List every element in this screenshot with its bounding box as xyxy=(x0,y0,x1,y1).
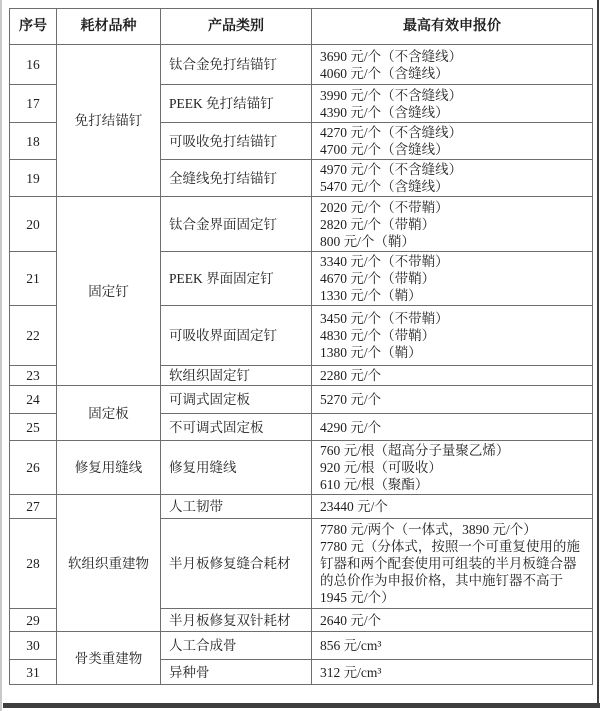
table-row-26: 26修复用缝线修复用缝线760 元/根（超高分子量聚乙烯）920 元/根（可吸收… xyxy=(10,441,593,495)
cell-serial-number: 20 xyxy=(10,197,57,252)
price-line: 2640 元/个 xyxy=(320,612,587,629)
cell-max-declared-price: 4290 元/个 xyxy=(312,414,593,441)
price-line: 5270 元/个 xyxy=(320,391,587,408)
page-left-edge xyxy=(0,0,2,711)
cell-serial-number: 24 xyxy=(10,386,57,414)
cell-max-declared-price: 23440 元/个 xyxy=(312,495,593,519)
cell-max-declared-price: 3990 元/个（不含缝线）4390 元/个（含缝线） xyxy=(312,85,593,123)
cell-product-type: 可调式固定板 xyxy=(161,386,312,414)
cell-product-type: 钛合金免打结锚钉 xyxy=(161,45,312,85)
cell-product-type: 可吸收免打结锚钉 xyxy=(161,123,312,160)
price-line: 4830 元/个（带鞘） xyxy=(320,327,587,344)
cell-product-type: 不可调式固定板 xyxy=(161,414,312,441)
cell-product-type: PEEK 免打结锚钉 xyxy=(161,85,312,123)
price-line: 610 元/根（聚酯） xyxy=(320,476,587,493)
cell-max-declared-price: 4270 元/个（不含缝线）4700 元/个（含缝线） xyxy=(312,123,593,160)
cell-product-type: 人工韧带 xyxy=(161,495,312,519)
column-header-3: 产品类别 xyxy=(161,9,312,45)
cell-serial-number: 31 xyxy=(10,660,57,685)
price-line: 4390 元/个（含缝线） xyxy=(320,104,587,121)
column-header-2: 耗材品种 xyxy=(57,9,161,45)
price-line: 4270 元/个（不含缝线） xyxy=(320,124,587,141)
cell-max-declared-price: 3340 元/个（不带鞘）4670 元/个（带鞘）1330 元/个（鞘） xyxy=(312,252,593,306)
price-line: 4670 元/个（带鞘） xyxy=(320,270,587,287)
price-line: 7780 元（分体式，按照一个可重复使用的施钉器和两个配套使用可组装的半月板缝合… xyxy=(320,538,587,606)
cell-product-type: 半月板修复双针耗材 xyxy=(161,609,312,632)
cell-max-declared-price: 760 元/根（超高分子量聚乙烯）920 元/根（可吸收）610 元/根（聚酯） xyxy=(312,441,593,495)
price-line: 3690 元/个（不含缝线） xyxy=(320,48,587,65)
cell-consumable-category: 固定板 xyxy=(57,386,161,441)
column-header-1: 序号 xyxy=(10,9,57,45)
price-line: 2020 元/个（不带鞘） xyxy=(320,199,587,216)
cell-serial-number: 18 xyxy=(10,123,57,160)
cell-consumable-category: 骨类重建物 xyxy=(57,632,161,685)
cell-product-type: 钛合金界面固定钉 xyxy=(161,197,312,252)
price-line: 1380 元/个（鞘） xyxy=(320,344,587,361)
page-bottom-edge xyxy=(3,703,600,708)
cell-serial-number: 23 xyxy=(10,366,57,386)
cell-max-declared-price: 2280 元/个 xyxy=(312,366,593,386)
cell-product-type: 软组织固定钉 xyxy=(161,366,312,386)
price-line: 4290 元/个 xyxy=(320,419,587,436)
price-line: 4970 元/个（不含缝线） xyxy=(320,161,587,178)
column-header-4: 最高有效申报价 xyxy=(312,9,593,45)
cell-serial-number: 28 xyxy=(10,519,57,609)
cell-max-declared-price: 4970 元/个（不含缝线）5470 元/个（含缝线） xyxy=(312,160,593,197)
header-row: 序号耗材品种产品类别最高有效申报价 xyxy=(10,9,593,45)
page-right-edge xyxy=(597,0,599,706)
cell-product-type: 异种骨 xyxy=(161,660,312,685)
price-line: 3340 元/个（不带鞘） xyxy=(320,253,587,270)
cell-serial-number: 16 xyxy=(10,45,57,85)
cell-serial-number: 19 xyxy=(10,160,57,197)
table-row-16: 16免打结锚钉钛合金免打结锚钉3690 元/个（不含缝线）4060 元/个（含缝… xyxy=(10,45,593,85)
price-table: 序号耗材品种产品类别最高有效申报价 16免打结锚钉钛合金免打结锚钉3690 元/… xyxy=(9,8,593,685)
cell-serial-number: 26 xyxy=(10,441,57,495)
price-line: 3450 元/个（不带鞘） xyxy=(320,310,587,327)
cell-serial-number: 27 xyxy=(10,495,57,519)
cell-serial-number: 17 xyxy=(10,85,57,123)
price-line: 23440 元/个 xyxy=(320,498,587,515)
price-line: 4700 元/个（含缝线） xyxy=(320,141,587,158)
price-line: 4060 元/个（含缝线） xyxy=(320,65,587,82)
price-line: 312 元/cm³ xyxy=(320,664,587,681)
table-row-24: 24固定板可调式固定板5270 元/个 xyxy=(10,386,593,414)
price-line: 2280 元/个 xyxy=(320,367,587,384)
cell-max-declared-price: 2020 元/个（不带鞘）2820 元/个（带鞘）800 元/个（鞘） xyxy=(312,197,593,252)
table-row-27: 27软组织重建物人工韧带23440 元/个 xyxy=(10,495,593,519)
cell-consumable-category: 固定钉 xyxy=(57,197,161,386)
cell-max-declared-price: 7780 元/两个（一体式，3890 元/个）7780 元（分体式，按照一个可重… xyxy=(312,519,593,609)
cell-consumable-category: 免打结锚钉 xyxy=(57,45,161,197)
cell-consumable-category: 软组织重建物 xyxy=(57,495,161,632)
cell-serial-number: 25 xyxy=(10,414,57,441)
cell-max-declared-price: 3450 元/个（不带鞘）4830 元/个（带鞘）1380 元/个（鞘） xyxy=(312,306,593,366)
cell-serial-number: 29 xyxy=(10,609,57,632)
cell-max-declared-price: 312 元/cm³ xyxy=(312,660,593,685)
price-line: 920 元/根（可吸收） xyxy=(320,459,587,476)
cell-product-type: 人工合成骨 xyxy=(161,632,312,660)
cell-serial-number: 21 xyxy=(10,252,57,306)
cell-max-declared-price: 3690 元/个（不含缝线）4060 元/个（含缝线） xyxy=(312,45,593,85)
price-line: 5470 元/个（含缝线） xyxy=(320,178,587,195)
price-line: 2820 元/个（带鞘） xyxy=(320,216,587,233)
cell-consumable-category: 修复用缝线 xyxy=(57,441,161,495)
document-page: { "colors": { "background": "#ffffff", "… xyxy=(0,0,600,711)
price-line: 800 元/个（鞘） xyxy=(320,233,587,250)
table-row-20: 20固定钉钛合金界面固定钉2020 元/个（不带鞘）2820 元/个（带鞘）80… xyxy=(10,197,593,252)
cell-product-type: 修复用缝线 xyxy=(161,441,312,495)
cell-product-type: 全缝线免打结锚钉 xyxy=(161,160,312,197)
cell-serial-number: 30 xyxy=(10,632,57,660)
cell-product-type: 可吸收界面固定钉 xyxy=(161,306,312,366)
price-line: 760 元/根（超高分子量聚乙烯） xyxy=(320,442,587,459)
price-line: 3990 元/个（不含缝线） xyxy=(320,87,587,104)
table-row-30: 30骨类重建物人工合成骨856 元/cm³ xyxy=(10,632,593,660)
cell-product-type: 半月板修复缝合耗材 xyxy=(161,519,312,609)
cell-max-declared-price: 856 元/cm³ xyxy=(312,632,593,660)
cell-serial-number: 22 xyxy=(10,306,57,366)
price-line: 1330 元/个（鞘） xyxy=(320,287,587,304)
price-line: 7780 元/两个（一体式，3890 元/个） xyxy=(320,521,587,538)
cell-product-type: PEEK 界面固定钉 xyxy=(161,252,312,306)
cell-max-declared-price: 5270 元/个 xyxy=(312,386,593,414)
price-line: 856 元/cm³ xyxy=(320,637,587,654)
cell-max-declared-price: 2640 元/个 xyxy=(312,609,593,632)
